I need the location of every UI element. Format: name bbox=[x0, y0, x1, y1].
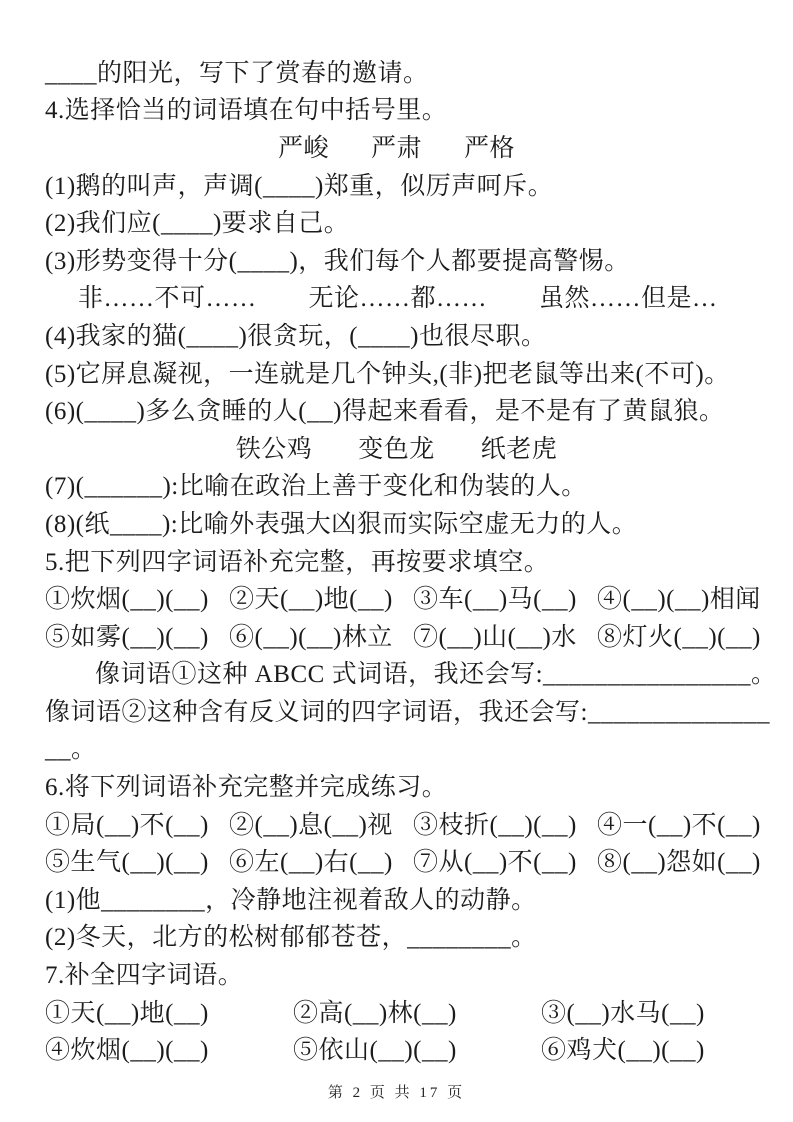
q5-row-1: ①炊烟(__)(__) ②天(__)地(__) ③车(__)马(__) ④(__… bbox=[45, 578, 748, 616]
idiom-blank-item: ③枝折(__)(__) bbox=[413, 805, 597, 841]
q6-row-1: ①局(__)不(__) ②(__)息(__)视 ③枝折(__)(__) ④一(_… bbox=[45, 804, 748, 842]
q4-word-bank: 严峻 严肃 严格 bbox=[45, 127, 748, 165]
idiom-blank-item: ⑤依山(__)(__) bbox=[293, 1030, 541, 1066]
q5-followup-antonym: 像词语②这种含有反义词的四字词语，我还会写:______________ bbox=[45, 691, 748, 729]
idiom-blank-item: ③车(__)马(__) bbox=[413, 579, 597, 615]
idiom-blank-item: ④炊烟(__)(__) bbox=[45, 1030, 293, 1066]
idiom-blank-item: ⑥左(__)右(__) bbox=[229, 842, 413, 878]
q4-title: 4.选择恰当的词语填在句中括号里。 bbox=[45, 90, 748, 128]
worksheet-page: ____的阳光，写下了赏春的邀请。 4.选择恰当的词语填在句中括号里。 严峻 严… bbox=[0, 0, 793, 1122]
q5-row-2: ⑤如雾(__)(__) ⑥(__)(__)林立 ⑦(__)山(__)水 ⑧灯火(… bbox=[45, 616, 748, 654]
idiom-blank-item: ②高(__)林(__) bbox=[293, 993, 541, 1029]
word-bank-item: 严峻 bbox=[278, 128, 329, 164]
conjunction-bank-item: 虽然……但是… bbox=[539, 278, 718, 314]
q5-followup-abcc: 像词语①这种 ABCC 式词语，我还会写:________________。 bbox=[45, 654, 748, 692]
q4-item-1: (1)鹅的叫声，声调(____)郑重，似厉声呵斥。 bbox=[45, 165, 748, 203]
idiom-bank-item: 铁公鸡 bbox=[236, 429, 313, 465]
idiom-blank-item: ⑦从(__)不(__) bbox=[413, 842, 597, 878]
q6-row-2: ⑤生气(__)(__) ⑥左(__)右(__) ⑦从(__)不(__) ⑧(__… bbox=[45, 841, 748, 879]
idiom-blank-item: ④一(__)不(__) bbox=[597, 805, 761, 841]
idiom-blank-item: ⑧(__)怨如(__) bbox=[597, 842, 761, 878]
q4-conjunction-bank: 非……不可…… 无论……都…… 虽然……但是… bbox=[45, 278, 748, 316]
idiom-blank-item: ⑥(__)(__)林立 bbox=[229, 617, 413, 653]
q4-item-3: (3)形势变得十分(____)，我们每个人都要提高警惕。 bbox=[45, 240, 748, 278]
idiom-blank-item: ⑧灯火(__)(__) bbox=[597, 617, 761, 653]
idiom-blank-item: ④(__)(__)相闻 bbox=[597, 579, 761, 615]
idiom-blank-item: ②天(__)地(__) bbox=[229, 579, 413, 615]
q4-idiom-bank: 铁公鸡 变色龙 纸老虎 bbox=[45, 428, 748, 466]
idiom-blank-item: ①天(__)地(__) bbox=[45, 993, 293, 1029]
q5-followup-tail: __。 bbox=[45, 729, 748, 767]
q4-item-2: (2)我们应(____)要求自己。 bbox=[45, 202, 748, 240]
page-number: 第 2 页 共 17 页 bbox=[0, 1081, 793, 1102]
idiom-blank-item: ⑤如雾(__)(__) bbox=[45, 617, 229, 653]
conjunction-bank-item: 非……不可…… bbox=[78, 278, 257, 314]
q6-title: 6.将下列词语补充完整并完成练习。 bbox=[45, 766, 748, 804]
q6-item-1: (1)他________，冷静地注视着敌人的动静。 bbox=[45, 879, 748, 917]
idiom-blank-item: ⑤生气(__)(__) bbox=[45, 842, 229, 878]
q7-title: 7.补全四字词语。 bbox=[45, 954, 748, 992]
idiom-blank-item: ③(__)水马(__) bbox=[541, 993, 705, 1029]
q4-item-6: (6)(____)多么贪睡的人(__)得起来看看，是不是有了黄鼠狼。 bbox=[45, 390, 748, 428]
idiom-blank-item: ②(__)息(__)视 bbox=[229, 805, 413, 841]
idiom-blank-item: ⑥鸡犬(__)(__) bbox=[541, 1030, 705, 1066]
q7-row-2: ④炊烟(__)(__) ⑤依山(__)(__) ⑥鸡犬(__)(__) bbox=[45, 1029, 748, 1067]
q4-item-7: (7)(______):比喻在政治上善于变化和伪装的人。 bbox=[45, 466, 748, 504]
idiom-blank-item: ①炊烟(__)(__) bbox=[45, 579, 229, 615]
carryover-line: ____的阳光，写下了赏春的邀请。 bbox=[45, 52, 748, 90]
q7-row-1: ①天(__)地(__) ②高(__)林(__) ③(__)水马(__) bbox=[45, 992, 748, 1030]
q5-title: 5.把下列四字词语补充完整，再按要求填空。 bbox=[45, 541, 748, 579]
idiom-blank-item: ⑦(__)山(__)水 bbox=[413, 617, 597, 653]
word-bank-item: 严格 bbox=[464, 128, 515, 164]
q4-item-5: (5)它屏息凝视，一连就是几个钟头,(非)把老鼠等出来(不可)。 bbox=[45, 353, 748, 391]
q6-item-2: (2)冬天，北方的松树郁郁苍苍，________。 bbox=[45, 917, 748, 955]
conjunction-bank-item: 无论……都…… bbox=[309, 278, 488, 314]
idiom-bank-item: 纸老虎 bbox=[481, 429, 558, 465]
q4-item-8: (8)(纸____):比喻外表强大凶狠而实际空虚无力的人。 bbox=[45, 503, 748, 541]
idiom-blank-item: ①局(__)不(__) bbox=[45, 805, 229, 841]
idiom-bank-item: 变色龙 bbox=[358, 429, 435, 465]
q4-item-4: (4)我家的猫(____)很贪玩，(____)也很尽职。 bbox=[45, 315, 748, 353]
word-bank-item: 严肃 bbox=[371, 128, 422, 164]
